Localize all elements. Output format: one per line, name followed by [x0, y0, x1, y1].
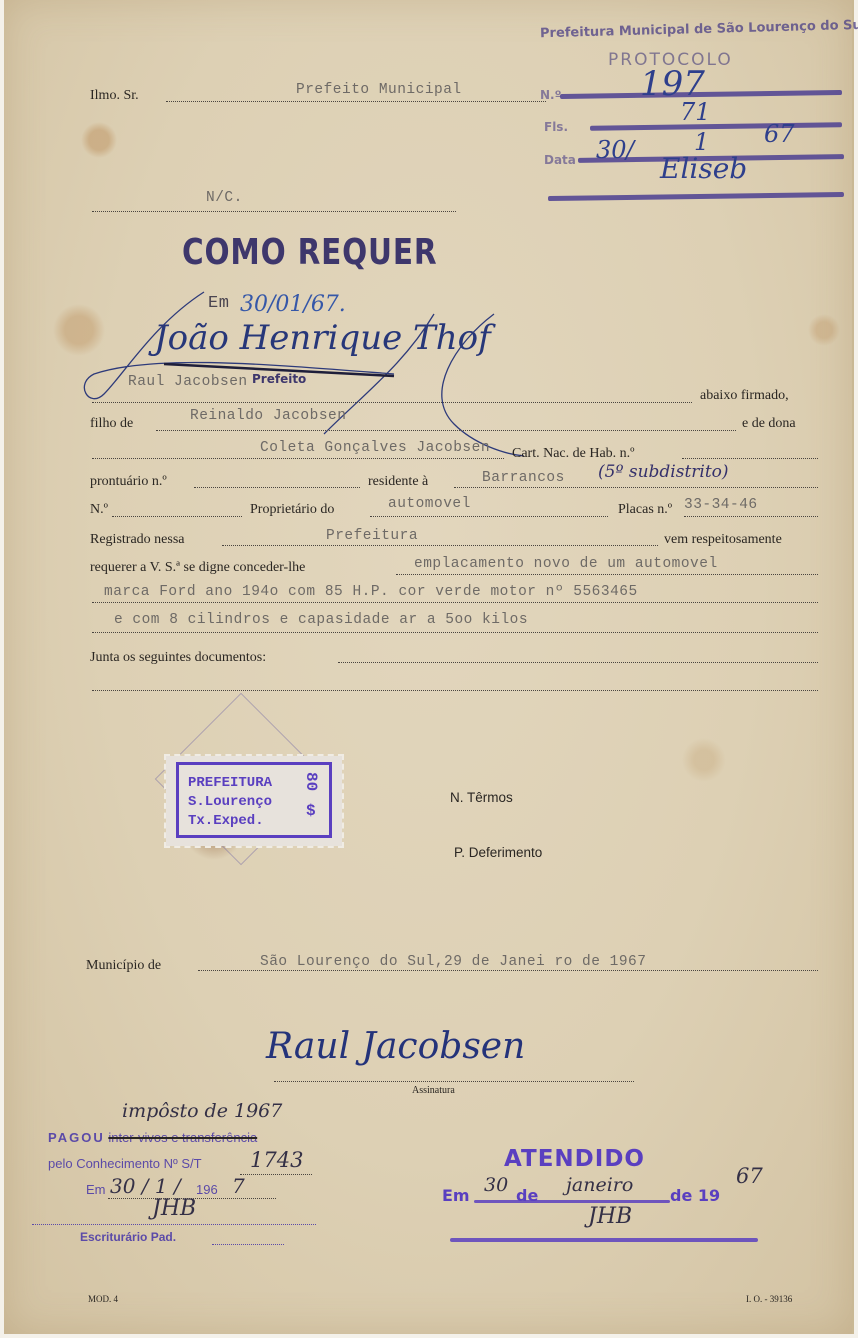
father-label: filho de: [90, 416, 133, 432]
protocol-label-folhas: Fls.: [544, 120, 568, 134]
documents-label: Junta os seguintes documentos:: [90, 650, 266, 666]
payment-receipt-number: 1743: [250, 1148, 303, 1172]
license-field: [682, 458, 818, 459]
approval-role: Prefeito: [252, 372, 306, 386]
mother-label: e de dona: [742, 416, 796, 432]
number-label: N.º: [90, 502, 108, 518]
request-line-3: e com 8 cilindros e capasidade ar a 5oo …: [114, 612, 528, 628]
applicant-signature: Raul Jacobsen: [266, 1026, 525, 1067]
addressee-value: Prefeito Municipal: [296, 82, 462, 98]
name-suffix: abaixo firmado,: [700, 388, 789, 404]
record-field: [194, 487, 360, 488]
attended-stamp: ATENDIDO: [504, 1146, 645, 1172]
protocol-folhas: 71: [680, 98, 711, 126]
payment-handwritten-note: impôsto de 1967: [122, 1100, 282, 1122]
attended-date-label: Em: [442, 1186, 470, 1205]
payment-initials: JHB: [152, 1196, 196, 1221]
residence-value: Barrancos: [482, 470, 565, 486]
protocol-bottom-rule: [548, 192, 844, 201]
document-page: Prefeitura Municipal de São Lourenço do …: [4, 0, 854, 1334]
license-label: Cart. Nac. de Hab. n.º: [512, 446, 635, 462]
attended-of-2: de 19: [670, 1186, 720, 1205]
clerk-label: Escriturário Pad.: [80, 1230, 176, 1244]
applicant-name: Raul Jacobsen: [128, 374, 248, 390]
tax-stamp-line-2: S.Lourenço: [188, 793, 272, 812]
attended-month: janeiro: [566, 1174, 633, 1196]
payment-year-suffix: 7: [232, 1174, 245, 1198]
tax-stamp-line-3: Tx.Exped.: [188, 812, 272, 831]
payment-line-1: PAGOU inter-vivos e transferência: [48, 1130, 257, 1145]
footer-model: MOD. 4: [88, 1294, 118, 1304]
closing-line-1: N. Têrmos: [450, 790, 513, 805]
plates-value: 33-34-46: [684, 497, 758, 513]
payment-paid-label: PAGOU: [48, 1130, 105, 1145]
attended-year: 67: [736, 1164, 763, 1188]
addressee-label: Ilmo. Sr.: [90, 88, 139, 104]
tax-stamp: PREFEITURA S.Lourenço Tx.Exped. 80 $: [166, 756, 342, 846]
signature-line: [274, 1081, 634, 1082]
payment-year-prefix: 196: [196, 1182, 218, 1197]
request-line-1: emplacamento novo de um automovel: [414, 556, 718, 572]
protocol-signature: Eliseb: [660, 152, 747, 185]
registered-label: Registrado nessa: [90, 532, 184, 548]
tax-stamp-value: 80: [302, 772, 320, 791]
residence-note: (5º subdistrito): [598, 462, 729, 482]
payment-receipt-label: pelo Conhecimento Nº S/T: [48, 1156, 202, 1171]
place-date-value: São Lourenço do Sul,29 de Janei ro de 19…: [260, 954, 646, 970]
registered-value: Prefeitura: [326, 528, 418, 544]
mother-value: Coleta Gonçalves Jacobsen: [260, 440, 490, 456]
owner-value: automovel: [388, 496, 471, 512]
closing-line-2: P. Deferimento: [454, 845, 542, 860]
residence-label: residente à: [368, 474, 428, 490]
record-label: prontuário n.º: [90, 474, 167, 490]
payment-date: 30 / 1 /: [110, 1174, 181, 1198]
protocol-folhas-rule: [590, 122, 842, 131]
owner-label: Proprietário do: [250, 502, 334, 518]
respect-label: vem respeitosamente: [664, 532, 782, 548]
payment-date-label: Em: [86, 1182, 106, 1197]
footer-code: I. O. - 39136: [746, 1294, 792, 1304]
attended-initials: JHB: [588, 1204, 632, 1229]
documents-field: [338, 662, 818, 663]
request-line-2: marca Ford ano 194o com 85 H.P. cor verd…: [104, 584, 638, 600]
payment-struck-text: inter-vivos e transferência: [108, 1130, 257, 1145]
protocol-header-stamp: Prefeitura Municipal de São Lourenço do …: [540, 18, 858, 42]
protocol-label-number: N.º: [540, 88, 561, 102]
protocol-date-year: 67: [764, 120, 795, 148]
signature-caption: Assinatura: [412, 1085, 455, 1096]
tax-stamp-currency: $: [306, 802, 316, 820]
protocol-date-day: 30: [596, 136, 627, 164]
request-label: requerer a V. S.ª se digne conceder-lhe: [90, 560, 305, 576]
number-field: [112, 516, 242, 517]
plates-label: Placas n.º: [618, 502, 672, 518]
addressee-nc: N/C.: [206, 190, 243, 206]
father-value: Reinaldo Jacobsen: [190, 408, 346, 424]
place-label: Município de: [86, 958, 161, 974]
protocol-label-date: Data: [544, 153, 576, 167]
approval-stamp: COMO REQUER: [182, 232, 437, 273]
tax-stamp-line-1: PREFEITURA: [188, 774, 272, 793]
attended-day: 30: [484, 1174, 508, 1196]
